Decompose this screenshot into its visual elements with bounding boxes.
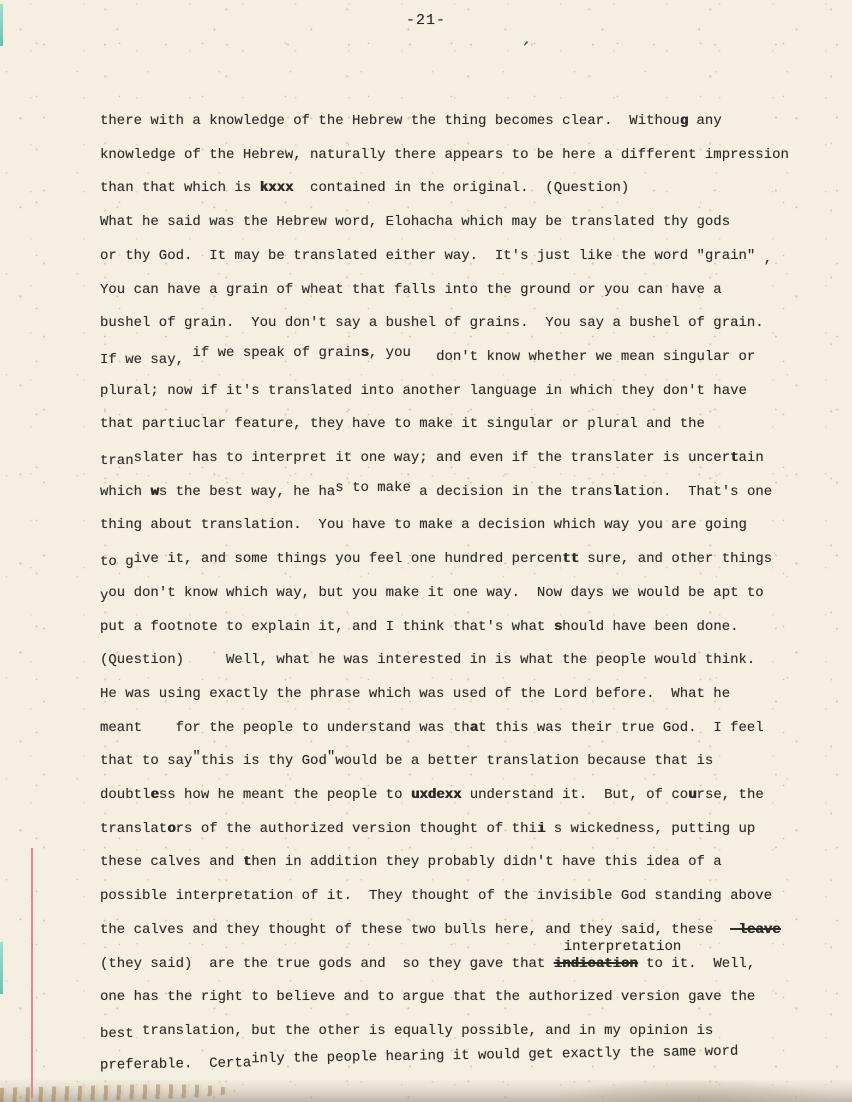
typewritten-line: there with a knowledge of the Hebrew the…	[100, 105, 812, 139]
text-segment: a decision in the trans	[411, 484, 613, 500]
overstruck-text: e	[150, 787, 158, 803]
text-segment: if we speak of grain	[192, 345, 360, 361]
text-segment: "	[192, 749, 200, 765]
text-segment: sure, and other things	[579, 551, 772, 567]
typewritten-line: possible interpretation of it. They thou…	[100, 880, 812, 914]
typewritten-line: You can have a grain of wheat that falls…	[100, 274, 812, 308]
overstruck-text: w	[150, 484, 158, 500]
text-segment: these calves and	[100, 854, 243, 870]
text-segment: (they said) are the true gods and so the…	[100, 956, 554, 972]
text-segment: contained in the original. (Question)	[293, 180, 629, 196]
text-segment: s to make	[335, 480, 411, 496]
text-segment: (Question) Well, what he was interested …	[100, 652, 755, 668]
overstruck-text: s	[360, 345, 368, 361]
typewritten-line: you don't know which way, but you make i…	[100, 577, 812, 611]
typewritten-line: bushel of grain. You don't say a bushel …	[100, 307, 812, 341]
typewritten-line: If we say, if we speak of grains, you do…	[100, 341, 812, 375]
typewritten-line: that partiuclar feature, they have to ma…	[100, 408, 812, 442]
typewritten-line: knowledge of the Hebrew, naturally there…	[100, 139, 812, 173]
overstruck-text: kxxx	[260, 180, 294, 196]
text-segment: You can have a grain of wheat that falls…	[100, 282, 722, 298]
text-segment: tran	[100, 453, 134, 469]
text-segment: What he said was the Hebrew word, Elohac…	[100, 214, 730, 230]
text-segment: translat	[100, 821, 167, 837]
text-segment: knowledge of the Hebrew, naturally there…	[100, 147, 789, 163]
text-segment: slater has to interpret it one way; and …	[134, 450, 731, 466]
text-segment: ive it, and some things you feel one hun…	[134, 551, 562, 567]
overstruck-text: t	[243, 854, 251, 870]
typewritten-line: meant for the people to understand was t…	[100, 712, 812, 746]
text-segment: would be a better translation because th…	[335, 753, 713, 769]
text-segment: possible interpretation of it. They thou…	[100, 888, 772, 904]
text-segment: rs of the authorized version thought of …	[176, 821, 537, 837]
text-segment: ation. That's one	[621, 484, 772, 500]
typewritten-line: which ws the best way, he has to make a …	[100, 476, 812, 510]
text-segment: t this was their true God. I feel	[478, 720, 764, 736]
overstruck-text: a	[470, 720, 478, 736]
overstruck-text: u	[688, 787, 696, 803]
text-segment: meant for the people to understand was t…	[100, 720, 470, 736]
text-segment: that partiuclar feature, they have to ma…	[100, 416, 705, 432]
text-segment: plural; now if it's translated into anot…	[100, 383, 747, 399]
struck-out-text: -leave	[730, 922, 780, 938]
text-segment: translation, but the other is equally po…	[134, 1023, 714, 1039]
typewritten-line: or thy God. It may be translated either …	[100, 240, 812, 274]
typewritten-line: doubtless how he meant the people to uxd…	[100, 779, 812, 813]
text-segment: any	[688, 113, 722, 129]
typewritten-line: put a footnote to explain it, and I thin…	[100, 611, 812, 645]
typewritten-line: What he said was the Hebrew word, Elohac…	[100, 206, 812, 240]
text-segment: ,	[755, 251, 772, 267]
text-segment: there with a knowledge of the Hebrew the…	[100, 113, 680, 129]
inserted-correction-text: interpretation	[564, 931, 682, 965]
text-segment: thing about translation. You have to mak…	[100, 517, 747, 533]
text-segment: one has the right to believe and to argu…	[100, 989, 755, 1005]
overstruck-text: o	[167, 821, 175, 837]
text-segment: ss how he meant the people to	[159, 787, 411, 803]
typewritten-line: than that which is kxxx contained in the…	[100, 172, 812, 206]
text-segment: , you	[369, 345, 411, 361]
typewritten-line: He was using exactly the phrase which wa…	[100, 678, 812, 712]
margin-line	[31, 848, 33, 1098]
text-segment: don't know whether we mean singular or	[411, 349, 755, 365]
bottom-center-stain	[558, 1080, 828, 1102]
overstruck-text: s	[554, 619, 562, 635]
typewritten-line: plural; now if it's translated into anot…	[100, 375, 812, 409]
text-segment: inly the people hearing it would get exa…	[251, 1043, 738, 1067]
typewritten-line: these calves and then in addition they p…	[100, 846, 812, 880]
typewritten-line: the calves and they thought of these two…	[100, 914, 812, 948]
text-segment: ain	[739, 450, 764, 466]
scan-edge-artifact-lower	[0, 942, 3, 994]
text-segment: s wickedness, putting up	[545, 821, 755, 837]
overstruck-text: l	[613, 484, 621, 500]
typewritten-line: that to say"this is thy God"would be a b…	[100, 745, 812, 779]
text-segment: ou don't know which way, but you make it…	[108, 585, 763, 601]
text-segment: this is thy God	[201, 753, 327, 769]
text-segment: or thy God. It may be translated either …	[100, 248, 755, 264]
text-segment: bushel of grain. You don't say a bushel …	[100, 315, 764, 331]
text-segment: s the best way, he ha	[159, 484, 335, 500]
text-segment: hen in addition they probably didn't hav…	[251, 854, 721, 870]
overstruck-text: uxdexx	[411, 787, 461, 803]
text-segment: If we say,	[100, 352, 192, 368]
scan-edge-artifact-top	[0, 4, 3, 46]
text-segment: understand it. But, of co	[461, 787, 688, 803]
overstruck-text: g	[680, 113, 688, 129]
text-segment: "	[327, 749, 335, 765]
typewritten-line: translators of the authorized version th…	[100, 813, 812, 847]
overstruck-text: tt	[562, 551, 579, 567]
text-segment: doubtl	[100, 787, 150, 803]
typewritten-line: one has the right to believe and to argu…	[100, 981, 812, 1015]
text-segment: to g	[100, 554, 134, 570]
text-segment: best	[100, 1026, 134, 1042]
typewritten-line: (Question) Well, what he was interested …	[100, 644, 812, 678]
text-segment: hould have been done.	[562, 619, 738, 635]
scanned-document-page: -21- ’ there with a knowledge of the Heb…	[0, 0, 852, 1102]
stray-ink-mark: ’	[518, 39, 532, 58]
text-segment: that to say	[100, 753, 192, 769]
text-segment: put a footnote to explain it, and I thin…	[100, 619, 554, 635]
text-segment: rse, the	[697, 787, 764, 803]
overstruck-text: t	[730, 450, 738, 466]
typewritten-line: translater has to interpret it one way; …	[100, 442, 812, 476]
typewritten-line: to give it, and some things you feel one…	[100, 543, 812, 577]
text-segment: which	[100, 484, 150, 500]
page-number: -21-	[0, 12, 852, 29]
text-segment: than that which is	[100, 180, 260, 196]
text-segment: preferable. Certa	[100, 1055, 251, 1073]
typewritten-text: there with a knowledge of the Hebrew the…	[100, 105, 812, 1082]
text-segment: He was using exactly the phrase which wa…	[100, 686, 730, 702]
typewritten-line: (they said) are the true gods and so the…	[100, 948, 812, 982]
typewritten-line: thing about translation. You have to mak…	[100, 509, 812, 543]
text-segment: y	[100, 588, 108, 604]
